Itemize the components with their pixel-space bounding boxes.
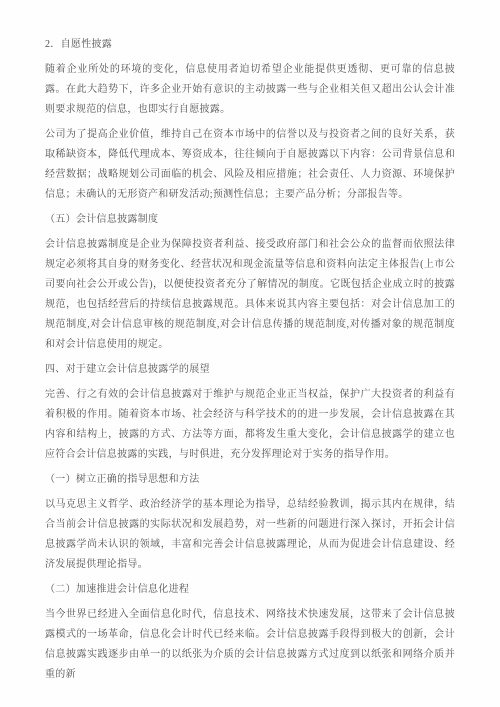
body-paragraph: 完善、行之有效的会计信息披露对于维护与规范企业正当权益，保护广大投资者的利益有着… [45, 385, 455, 465]
section-heading-disclosure-system: （五）会计信息披露制度 [45, 210, 455, 230]
body-paragraph: 当今世界已经进入全面信息化时代，信息技术、网络技术快速发展，这带来了会计信息披露… [45, 605, 455, 685]
section-heading-guiding-ideology: （一）树立正确的指导思想和方法 [45, 470, 455, 490]
body-paragraph: 会计信息披露制度是企业为保障投资者利益、接受政府部门和社会公众的监督而依照法律规… [45, 235, 455, 355]
section-heading-outlook: 四、对于建立会计信息披露学的展望 [45, 360, 455, 380]
section-heading-informatization: （二）加速推进会计信息化进程 [45, 580, 455, 600]
section-heading-voluntary-disclosure: 2．自愿性披露 [45, 35, 455, 55]
document-page: 2．自愿性披露 随着企业所处的环境的变化，信息使用者迫切希望企业能提供更透彻、更… [0, 0, 500, 707]
body-paragraph: 随着企业所处的环境的变化，信息使用者迫切希望企业能提供更透彻、更可靠的信息披露。… [45, 60, 455, 120]
body-paragraph: 以马克思主义哲学、政治经济学的基本理论为指导，总结经验教训，揭示其内在规律，结合… [45, 495, 455, 575]
body-paragraph: 公司为了提高企业价值，维持自己在资本市场中的信誉以及与投资者之间的良好关系，获取… [45, 125, 455, 205]
